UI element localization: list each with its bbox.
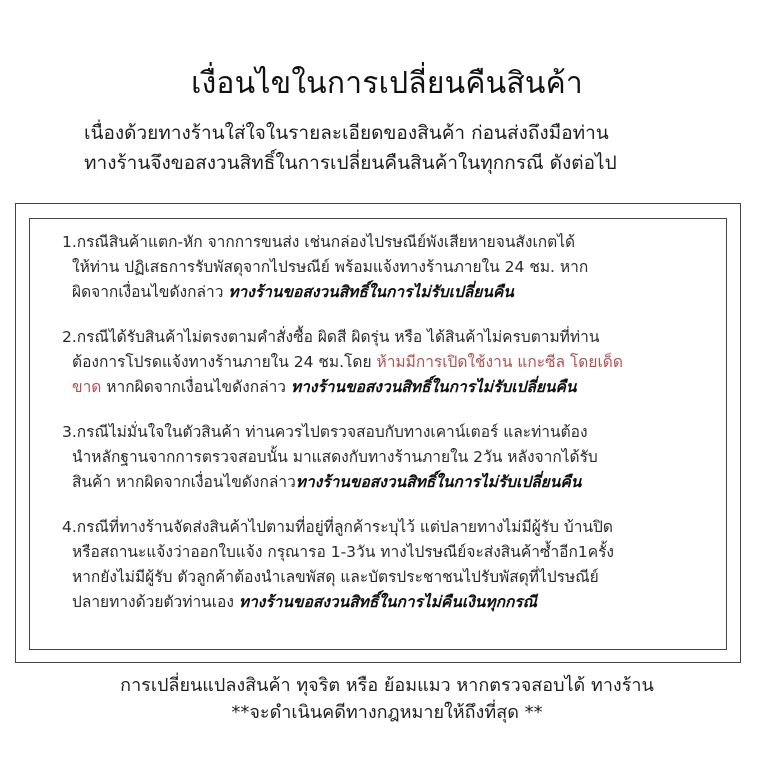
condition-line: ต้องการโปรดแจ้งทางร้านภายใน 24 ชม.โดย ห้… (62, 350, 722, 375)
reservation-notice: ทางร้านขอสงวนสิทธิ์ในการไม่รับเปลี่ยนคืน (296, 473, 582, 491)
footer-line: **จะดำเนินคดีทางกฎหมายให้ถึงที่สุด ** (0, 699, 774, 726)
condition-text: ต้องการโปรดแจ้งทางร้านภายใน 24 ชม.โดย (72, 353, 376, 371)
footer-line: การเปลี่ยนแปลงสินค้า ทุจริต หรือ ย้อมแมว… (0, 672, 774, 699)
condition-line: สินค้า หากผิดจากเงื่อนไขดังกล่าวทางร้านข… (62, 470, 722, 495)
condition-line: ให้ท่าน ปฏิเสธการรับพัสดุจากไปรษณีย์ พร้… (62, 255, 722, 280)
condition-item-2: 2.กรณีได้รับสินค้าไม่ตรงตามคำสั่งซื้อ ผิ… (62, 325, 722, 400)
conditions-list: 1.กรณีสินค้าแตก-หัก จากการขนส่ง เช่นกล่อ… (62, 230, 722, 635)
condition-text: หากผิดจากเงื่อนไขดังกล่าว (101, 378, 291, 396)
intro-line: เนื่องด้วยทางร้านใส่ใจในรายละเอียดของสิน… (84, 118, 764, 148)
condition-line: 4.กรณีที่ทางร้านจัดส่งสินค้าไปตามที่อยู่… (62, 515, 722, 540)
condition-item-3: 3.กรณีไม่มั่นใจในตัวสินค้า ท่านควรไปตรวจ… (62, 420, 722, 495)
intro-text: เนื่องด้วยทางร้านใส่ใจในรายละเอียดของสิน… (84, 118, 764, 178)
condition-line: 3.กรณีไม่มั่นใจในตัวสินค้า ท่านควรไปตรวจ… (62, 420, 722, 445)
reservation-notice: ทางร้านขอสงวนสิทธิ์ในการไม่รับเปลี่ยนคืน (228, 283, 514, 301)
condition-line: 1.กรณีสินค้าแตก-หัก จากการขนส่ง เช่นกล่อ… (62, 230, 722, 255)
reservation-notice: ทางร้านขอสงวนสิทธิ์ในการไม่คืนเงินทุกกรณ… (239, 593, 537, 611)
condition-text: ปลายทางด้วยตัวท่านเอง (72, 593, 239, 611)
condition-line: ผิดจากเงื่อนไขดังกล่าว ทางร้านขอสงวนสิทธ… (62, 280, 722, 305)
footer-warning: การเปลี่ยนแปลงสินค้า ทุจริต หรือ ย้อมแมว… (0, 672, 774, 726)
condition-text: สินค้า หากผิดจากเงื่อนไขดังกล่าว (72, 473, 296, 491)
condition-line: หากยังไม่มีผู้รับ ตัวลูกค้าต้องนำเลขพัสด… (62, 565, 722, 590)
warning-text: ขาด (72, 378, 101, 396)
intro-line: ทางร้านจึงขอสงวนสิทธิ์ในการเปลี่ยนคืนสิน… (84, 148, 764, 178)
condition-line: นำหลักฐานจากการตรวจสอบนั้น มาแสดงกับทางร… (62, 445, 722, 470)
warning-text: ห้ามมีการเปิดใช้งาน แกะซีล โดยเด็ด (376, 353, 622, 371)
condition-line: ปลายทางด้วยตัวท่านเอง ทางร้านขอสงวนสิทธิ… (62, 590, 722, 615)
condition-line: หรือสถานะแจ้งว่าออกใบแจ้ง กรุณารอ 1-3วัน… (62, 540, 722, 565)
reservation-notice: ทางร้านขอสงวนสิทธิ์ในการไม่รับเปลี่ยนคืน (291, 378, 577, 396)
page-title: เงื่อนไขในการเปลี่ยนคืนสินค้า (0, 60, 774, 107)
condition-line: 2.กรณีได้รับสินค้าไม่ตรงตามคำสั่งซื้อ ผิ… (62, 325, 722, 350)
condition-line: ขาด หากผิดจากเงื่อนไขดังกล่าว ทางร้านขอส… (62, 375, 722, 400)
condition-item-4: 4.กรณีที่ทางร้านจัดส่งสินค้าไปตามที่อยู่… (62, 515, 722, 615)
condition-text: ผิดจากเงื่อนไขดังกล่าว (72, 283, 228, 301)
condition-item-1: 1.กรณีสินค้าแตก-หัก จากการขนส่ง เช่นกล่อ… (62, 230, 722, 305)
